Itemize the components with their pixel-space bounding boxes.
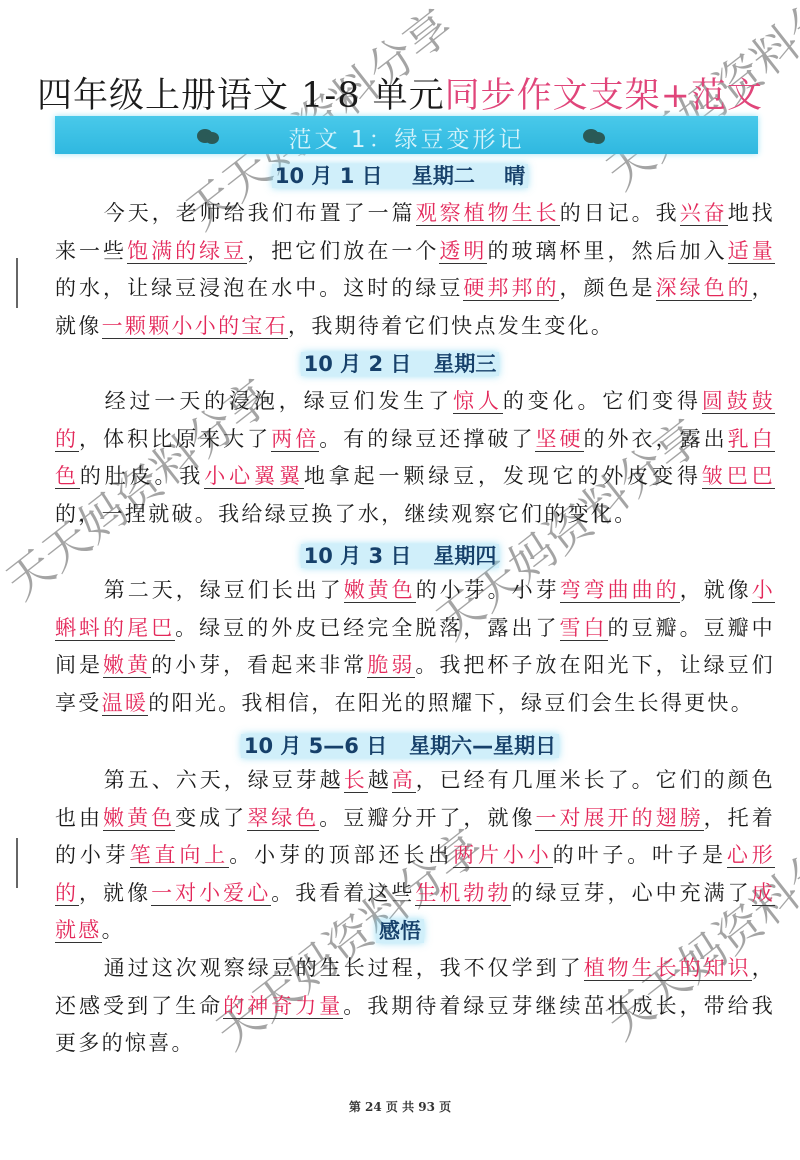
text-run: 的水，让绿豆浸泡在水中。这时的绿豆: [55, 276, 463, 300]
highlighted-phrase: 饱满的绿豆: [127, 239, 247, 264]
highlighted-phrase: 翠绿色: [247, 806, 319, 831]
text-run: 。有的绿豆还撑破了: [319, 427, 535, 451]
highlighted-phrase: 弯弯曲曲的: [560, 578, 680, 603]
highlighted-phrase: 适量: [728, 239, 775, 264]
highlighted-phrase: 两片小小: [453, 843, 553, 868]
text-run: ，我期待着它们快点发生变化。: [288, 314, 614, 338]
text-run: 第二天，绿豆们长出了: [103, 578, 344, 602]
text-run: 的肚皮。我: [80, 464, 204, 488]
text-run: 的小芽，看起来非常: [151, 653, 367, 677]
highlighted-phrase: 温暖: [102, 691, 149, 716]
highlighted-phrase: 雪白: [560, 616, 608, 641]
text-run: 变成了: [175, 806, 247, 830]
highlighted-phrase: 观察植物生长: [416, 201, 560, 226]
highlighted-phrase: 两倍: [271, 427, 319, 452]
text-run: ，就像: [680, 578, 752, 602]
highlighted-phrase: 兴奋: [680, 201, 728, 226]
text-run: 。小芽的顶部还长出: [229, 843, 453, 867]
highlighted-phrase: 脆弱: [367, 653, 415, 678]
paragraph: 今天，老师给我们布置了一篇观察植物生长的日记。我兴奋地找来一些饱满的绿豆，把它们…: [55, 195, 775, 345]
highlighted-phrase: 深绿色的: [656, 276, 752, 301]
text-run: 今天，老师给我们布置了一篇: [103, 201, 416, 225]
highlighted-phrase: 透明: [439, 239, 487, 264]
margin-mark: [16, 838, 18, 888]
title-main: 四年级上册语文 1-8 单元: [37, 76, 445, 116]
highlighted-phrase: 长: [344, 768, 368, 793]
section-heading: 感悟: [0, 915, 800, 945]
section-heading: 10 月 1 日 星期二 晴: [0, 160, 800, 190]
highlighted-phrase: 生机勃勃: [415, 881, 511, 906]
text-run: ，把它们放在一个: [247, 239, 439, 263]
highlighted-phrase: 皱巴巴: [702, 464, 775, 489]
document-title: 四年级上册语文 1-8 单元同步作文支架+范文: [0, 68, 800, 118]
text-run: 的日记。我: [560, 201, 680, 225]
margin-mark: [16, 258, 18, 308]
highlighted-phrase: 嫩黄: [103, 653, 151, 678]
text-run: 地拿起一颗绿豆，发现它的外皮变得: [304, 464, 702, 488]
text-run: 第五、六天，绿豆芽越: [103, 768, 344, 792]
essay-title: 范文 1：绿豆变形记: [55, 121, 758, 154]
highlighted-phrase: 的神奇力量: [223, 994, 343, 1019]
section-heading: 10 月 3 日 星期四: [0, 540, 800, 570]
highlighted-phrase: 嫩黄色: [103, 806, 175, 831]
title-sub: 同步作文支架+范文: [445, 76, 763, 116]
text-run: 的，一捏就破。我给绿豆换了水，继续观察它们的变化。: [55, 502, 638, 526]
text-run: 的变化。它们变得: [503, 389, 702, 413]
text-run: ，就像: [79, 881, 151, 905]
essay-banner: 范文 1：绿豆变形记: [55, 116, 758, 154]
section-heading: 10 月 5—6 日 星期六—星期日: [0, 730, 800, 760]
text-run: ，颜色是: [559, 276, 655, 300]
highlighted-phrase: 硬邦邦的: [463, 276, 559, 301]
paragraph: 第二天，绿豆们长出了嫩黄色的小芽。小芽弯弯曲曲的，就像小蝌蚪的尾巴。绿豆的外皮已…: [55, 572, 775, 722]
text-run: 越: [368, 768, 392, 792]
text-run: 的玻璃杯里，然后加入: [487, 239, 727, 263]
wechat-icon: [582, 128, 606, 146]
highlighted-phrase: 植物生长的知识: [584, 956, 752, 981]
text-run: 。豆瓣分开了，就像: [319, 806, 535, 830]
paragraph: 经过一天的浸泡，绿豆们发生了惊人的变化。它们变得圆鼓鼓的，体积比原来大了两倍。有…: [55, 383, 775, 533]
text-run: 的阳光。我相信，在阳光的照耀下，绿豆们会生长得更快。: [148, 691, 754, 715]
text-run: 经过一天的浸泡，绿豆们发生了: [103, 389, 453, 413]
text-run: 的绿豆芽，心中充满了: [511, 881, 751, 905]
highlighted-phrase: 一对小爱心: [151, 881, 271, 906]
highlighted-phrase: 一对展开的翅膀: [535, 806, 703, 831]
text-run: ，体积比原来大了: [79, 427, 271, 451]
section-heading: 10 月 2 日 星期三: [0, 348, 800, 378]
text-run: 。我看着这些: [271, 881, 415, 905]
highlighted-phrase: 嫩黄色: [344, 578, 416, 603]
highlighted-phrase: 笔直向上: [130, 843, 230, 868]
text-run: 的叶子。叶子是: [553, 843, 727, 867]
highlighted-phrase: 一颗颗小小的宝石: [102, 314, 288, 339]
highlighted-phrase: 高: [392, 768, 416, 793]
highlighted-phrase: 坚硬: [535, 427, 583, 452]
text-run: 的小芽。小芽: [416, 578, 560, 602]
wechat-icon: [196, 128, 220, 146]
highlighted-phrase: 小心翼翼: [204, 464, 304, 489]
text-run: 。绿豆的外皮已经完全脱落，露出了: [175, 616, 559, 640]
page-number: 第 24 页 共 93 页: [0, 1098, 800, 1115]
paragraph: 通过这次观察绿豆的生长过程，我不仅学到了植物生长的知识，还感受到了生命的神奇力量…: [55, 950, 775, 1063]
text-run: 的外衣，露出: [584, 427, 728, 451]
text-run: 通过这次观察绿豆的生长过程，我不仅学到了: [103, 956, 584, 980]
highlighted-phrase: 惊人: [453, 389, 503, 414]
